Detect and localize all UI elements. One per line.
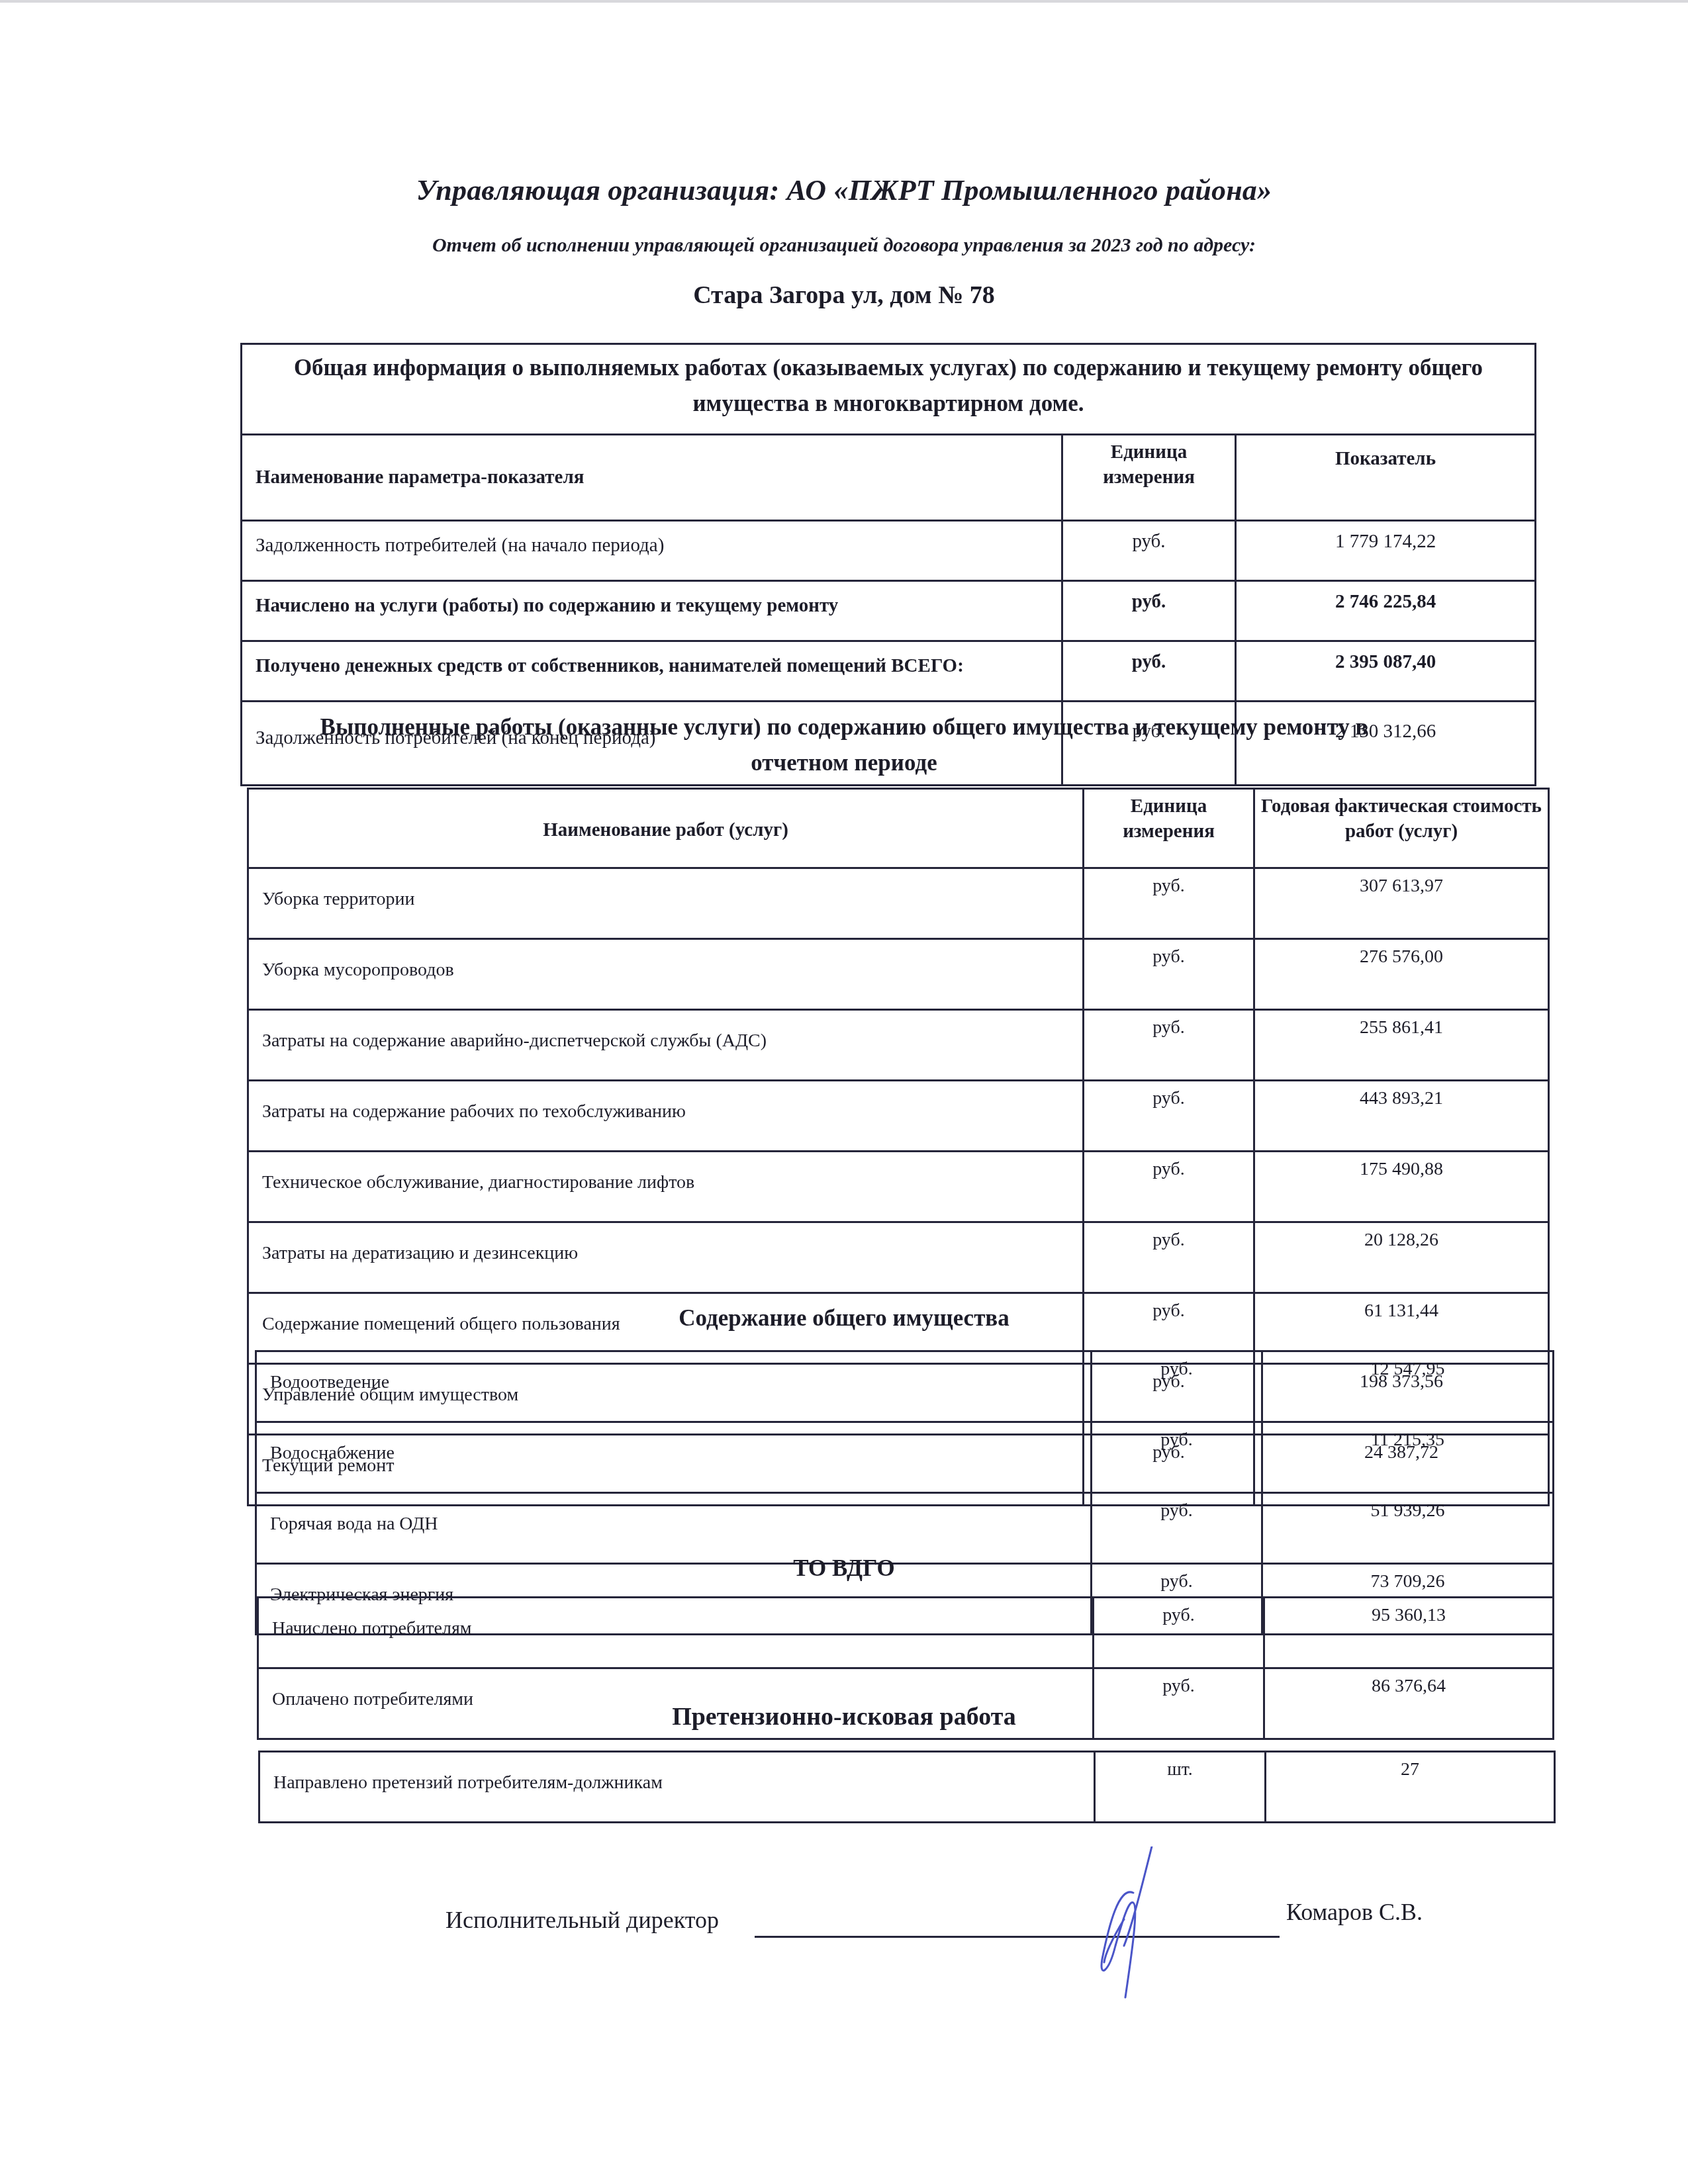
document-subtitle: Отчет об исполнении управляющей организа…: [0, 234, 1688, 257]
scan-top-edge: [0, 0, 1688, 3]
row-unit: руб.: [1084, 1081, 1254, 1152]
building-address: Стара Загора ул, дом № 78: [0, 281, 1688, 310]
table-row: Начислено потребителямруб.95 360,13: [258, 1598, 1554, 1668]
table-row: Горячая вода на ОДНруб.51 939,26: [256, 1493, 1554, 1564]
table-row: Затраты на содержание рабочих по техобсл…: [248, 1081, 1549, 1152]
signatory-position: Исполнительный директор: [445, 1906, 719, 1934]
works-heading: Выполненные работы (оказанные услуги) по…: [0, 709, 1688, 781]
document-title: Управляющая организация: АО «ПЖРТ Промыш…: [0, 173, 1688, 207]
row-unit: руб.: [1084, 1010, 1254, 1081]
row-unit: руб.: [1094, 1598, 1264, 1668]
row-value: 95 360,13: [1264, 1598, 1554, 1668]
row-value: 2 395 087,40: [1236, 641, 1536, 702]
row-name: Техническое обслуживание, диагностирован…: [248, 1152, 1084, 1222]
column-header-work-name: Наименование работ (услуг): [248, 789, 1084, 868]
signatory-name: Комаров С.В.: [1286, 1898, 1423, 1926]
row-name: Затраты на дератизацию и дезинсекцию: [248, 1222, 1084, 1293]
row-unit: руб.: [1084, 939, 1254, 1010]
row-name: Затраты на содержание аварийно-диспетчер…: [248, 1010, 1084, 1081]
table-row: Получено денежных средств от собственник…: [242, 641, 1536, 702]
claims-heading: Претензионно-исковая работа: [0, 1702, 1688, 1731]
column-header-unit: Единица измерения: [1084, 789, 1254, 868]
table-row: Затраты на дератизацию и дезинсекциюруб.…: [248, 1222, 1549, 1293]
table-row: Уборка мусоропроводовруб.276 576,00: [248, 939, 1549, 1010]
table-row: Водоотведениеруб.12 547,95: [256, 1351, 1554, 1422]
row-name: Водоснабжение: [256, 1422, 1092, 1493]
common-property-table: Водоотведениеруб.12 547,95Водоснабжениер…: [255, 1350, 1554, 1635]
column-header-parameter: Наименование параметра-показателя: [242, 435, 1062, 521]
row-unit: руб.: [1092, 1493, 1262, 1564]
row-value: 276 576,00: [1254, 939, 1549, 1010]
row-value: 2 746 225,84: [1236, 581, 1536, 641]
signature-line: [755, 1936, 1280, 1938]
general-info-caption: Общая информация о выполняемых работах (…: [242, 344, 1536, 435]
table-row: Направлено претензий потребителям-должни…: [259, 1752, 1555, 1823]
row-name: Водоотведение: [256, 1351, 1092, 1422]
table-row: Задолженность потребителей (на начало пе…: [242, 521, 1536, 581]
row-value: 255 861,41: [1254, 1010, 1549, 1081]
table-row: Уборка территориируб.307 613,97: [248, 868, 1549, 939]
row-name: Получено денежных средств от собственник…: [242, 641, 1062, 702]
table-row: Водоснабжениеруб.11 215,35: [256, 1422, 1554, 1493]
table-row: Затраты на содержание аварийно-диспетчер…: [248, 1010, 1549, 1081]
row-value: 307 613,97: [1254, 868, 1549, 939]
row-unit: руб.: [1062, 521, 1236, 581]
row-unit: руб.: [1092, 1351, 1262, 1422]
row-unit: руб.: [1092, 1422, 1262, 1493]
row-value: 443 893,21: [1254, 1081, 1549, 1152]
row-name: Горячая вода на ОДН: [256, 1493, 1092, 1564]
row-unit: руб.: [1084, 1152, 1254, 1222]
column-header-value: Показатель: [1236, 435, 1536, 521]
row-name: Затраты на содержание рабочих по техобсл…: [248, 1081, 1084, 1152]
handwritten-signature-icon: [1072, 1846, 1178, 1999]
column-header-unit: Единица измерения: [1062, 435, 1236, 521]
vdgo-heading: ТО ВДГО: [0, 1555, 1688, 1582]
common-property-heading: Содержание общего имущества: [0, 1305, 1688, 1332]
row-value: 11 215,35: [1262, 1422, 1554, 1493]
column-header-annual-cost: Годовая фактическая стоимость работ (усл…: [1254, 789, 1549, 868]
row-value: 51 939,26: [1262, 1493, 1554, 1564]
row-unit: шт.: [1095, 1752, 1266, 1823]
row-value: 1 779 174,22: [1236, 521, 1536, 581]
claims-table: Направлено претензий потребителям-должни…: [258, 1751, 1556, 1823]
row-name: Направлено претензий потребителям-должни…: [259, 1752, 1095, 1823]
row-unit: руб.: [1084, 1222, 1254, 1293]
row-value: 20 128,26: [1254, 1222, 1549, 1293]
row-unit: руб.: [1062, 581, 1236, 641]
row-value: 27: [1266, 1752, 1555, 1823]
row-name: Начислено потребителям: [258, 1598, 1094, 1668]
row-name: Начислено на услуги (работы) по содержан…: [242, 581, 1062, 641]
table-row: Техническое обслуживание, диагностирован…: [248, 1152, 1549, 1222]
row-unit: руб.: [1062, 641, 1236, 702]
row-unit: руб.: [1084, 868, 1254, 939]
row-name: Уборка мусоропроводов: [248, 939, 1084, 1010]
row-value: 175 490,88: [1254, 1152, 1549, 1222]
row-name: Уборка территории: [248, 868, 1084, 939]
row-value: 12 547,95: [1262, 1351, 1554, 1422]
table-row: Начислено на услуги (работы) по содержан…: [242, 581, 1536, 641]
row-name: Задолженность потребителей (на начало пе…: [242, 521, 1062, 581]
